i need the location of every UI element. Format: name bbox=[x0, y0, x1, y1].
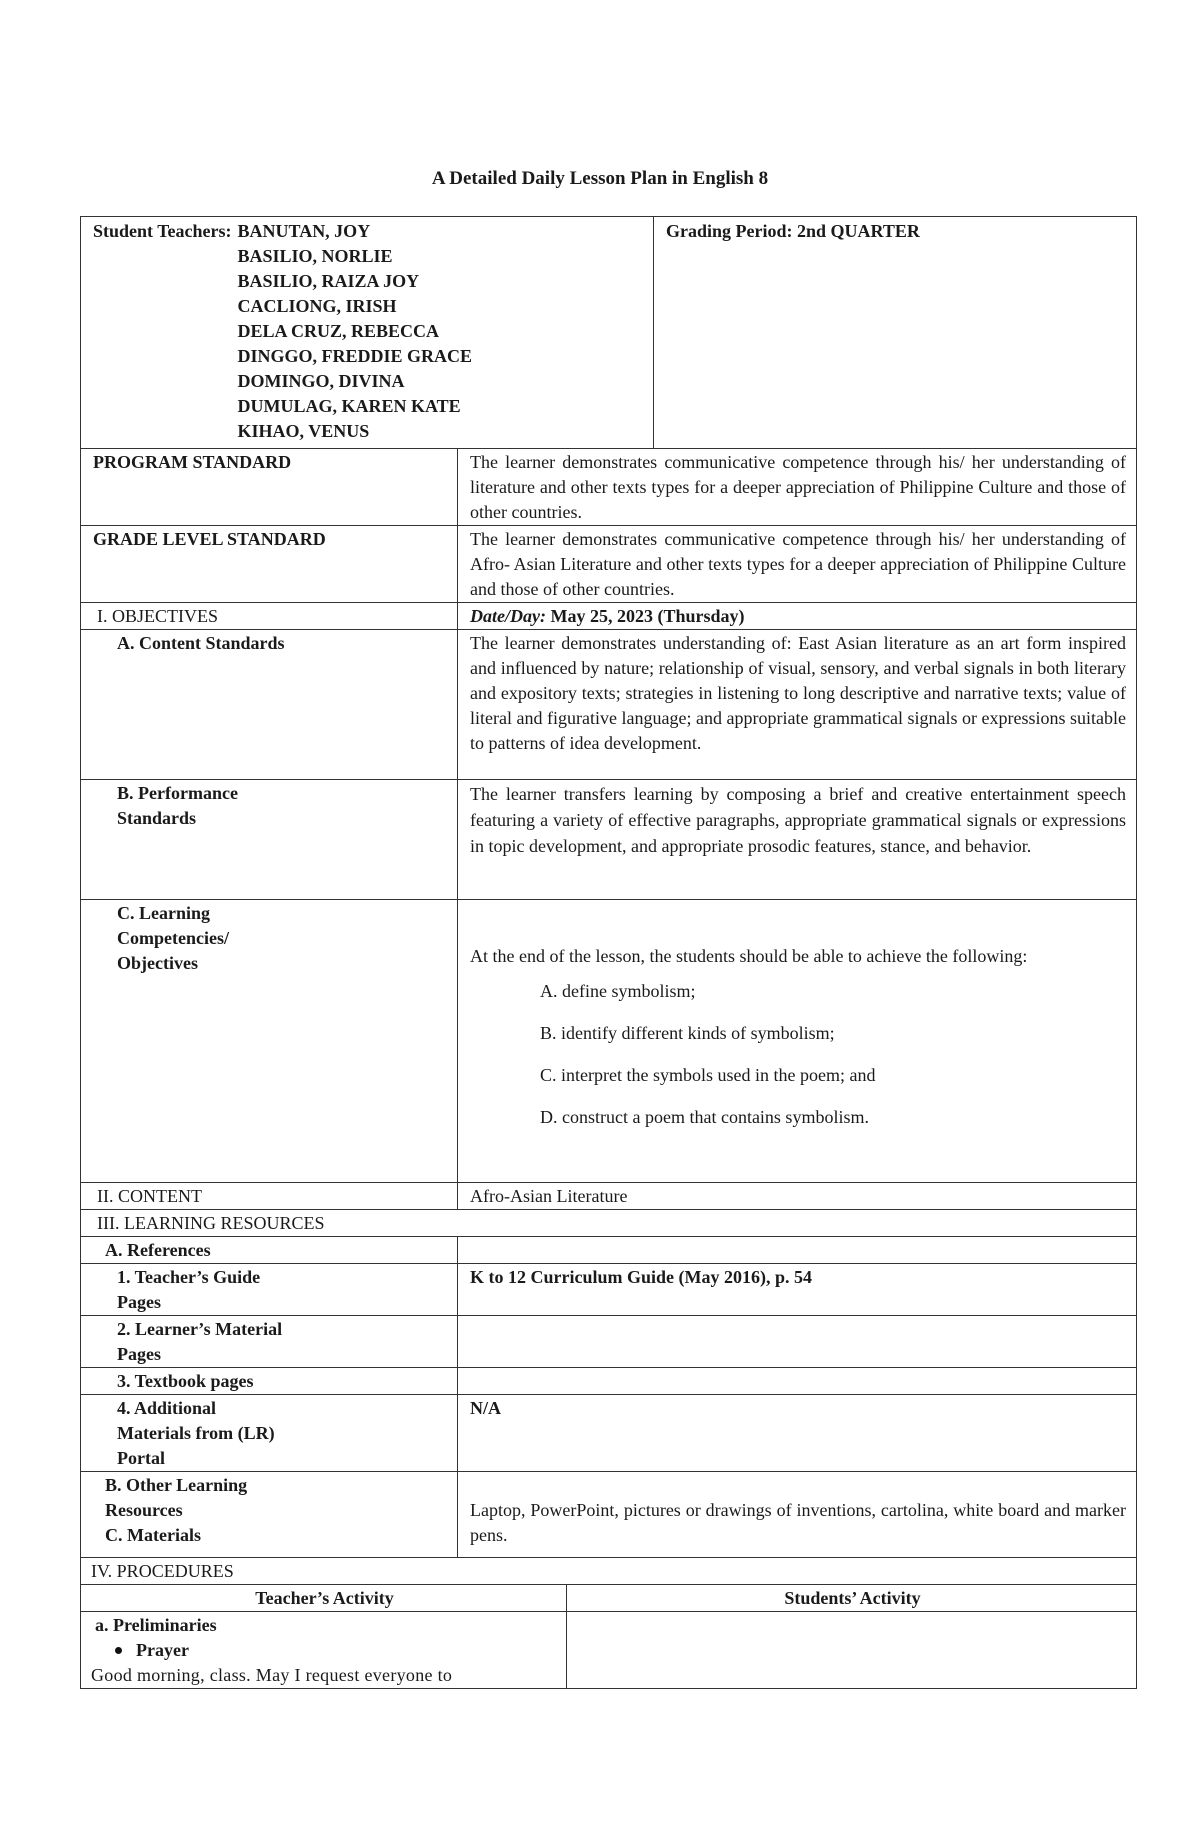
competency-item: B. identify different kinds of symbolism… bbox=[540, 1021, 1126, 1046]
textbook-value bbox=[458, 1368, 1137, 1395]
teacher-activity-header: Teacher’s Activity bbox=[81, 1585, 567, 1612]
performance-label-line: Standards bbox=[117, 806, 447, 831]
procedures-label: IV. PROCEDURES bbox=[81, 1558, 1137, 1585]
student-teacher-name: CACLIONG, IRISH bbox=[238, 294, 473, 319]
learning-competencies-row: C. Learning Competencies/ Objectives At … bbox=[81, 900, 1137, 1183]
other-label-line: C. Materials bbox=[105, 1523, 447, 1548]
program-standard-text: The learner demonstrates communicative c… bbox=[458, 449, 1137, 526]
other-label-line: Resources bbox=[105, 1498, 447, 1523]
teachers-guide-row: 1. Teacher’s Guide Pages K to 12 Curricu… bbox=[81, 1264, 1137, 1316]
references-row: A. References bbox=[81, 1237, 1137, 1264]
learning-resources-row: III. LEARNING RESOURCES bbox=[81, 1210, 1137, 1237]
competency-item: C. interpret the symbols used in the poe… bbox=[540, 1063, 1126, 1088]
date-label: Date/Day: bbox=[470, 606, 546, 626]
date-value: May 25, 2023 (Thursday) bbox=[550, 606, 744, 626]
competencies-label-line: Competencies/ bbox=[117, 926, 447, 951]
learners-material-row: 2. Learner’s Material Pages bbox=[81, 1316, 1137, 1368]
additional-materials-row: 4. Additional Materials from (LR) Portal… bbox=[81, 1395, 1137, 1472]
competencies-label-line: C. Learning bbox=[117, 901, 447, 926]
competencies-label-line: Objectives bbox=[117, 951, 447, 976]
objectives-row: I. OBJECTIVES Date/Day: May 25, 2023 (Th… bbox=[81, 603, 1137, 630]
student-teachers-list: BANUTAN, JOY BASILIO, NORLIE BASILIO, RA… bbox=[232, 219, 473, 444]
other-resources-value: Laptop, PowerPoint, pictures or drawings… bbox=[458, 1472, 1137, 1558]
student-teacher-name: BASILIO, NORLIE bbox=[238, 244, 473, 269]
performance-standards-label: B. Performance Standards bbox=[81, 780, 458, 900]
learners-material-label-line: 2. Learner’s Material bbox=[117, 1317, 447, 1342]
content-label: II. CONTENT bbox=[81, 1183, 458, 1210]
competency-item: D. construct a poem that contains symbol… bbox=[540, 1105, 1126, 1130]
student-activity-cell bbox=[567, 1612, 1137, 1689]
procedures-row: IV. PROCEDURES bbox=[81, 1558, 1137, 1585]
performance-standards-text: The learner transfers learning by compos… bbox=[458, 780, 1137, 900]
content-row: II. CONTENT Afro-Asian Literature bbox=[81, 1183, 1137, 1210]
teachers-guide-label-line: Pages bbox=[117, 1290, 447, 1315]
teachers-guide-label: 1. Teacher’s Guide Pages bbox=[81, 1264, 458, 1316]
student-teachers-label: Student Teachers: bbox=[93, 219, 232, 444]
references-label: A. References bbox=[81, 1237, 458, 1264]
learning-resources-label: III. LEARNING RESOURCES bbox=[81, 1210, 1137, 1237]
textbook-label: 3. Textbook pages bbox=[81, 1368, 458, 1395]
additional-label-line: Materials from (LR) bbox=[117, 1421, 447, 1446]
other-resources-label: B. Other Learning Resources C. Materials bbox=[81, 1472, 458, 1558]
additional-materials-label: 4. Additional Materials from (LR) Portal bbox=[81, 1395, 458, 1472]
document-title: A Detailed Daily Lesson Plan in English … bbox=[0, 168, 1200, 190]
grading-period-cell: Grading Period: 2nd QUARTER bbox=[654, 217, 1137, 449]
content-standards-text: The learner demonstrates understanding o… bbox=[458, 630, 1137, 780]
performance-label-line: B. Performance bbox=[117, 781, 447, 806]
content-standards-row: A. Content Standards The learner demonst… bbox=[81, 630, 1137, 780]
student-teacher-name: DUMULAG, KAREN KATE bbox=[238, 394, 473, 419]
competencies-list: A. define symbolism; B. identify differe… bbox=[540, 979, 1126, 1130]
textbook-row: 3. Textbook pages bbox=[81, 1368, 1137, 1395]
program-standard-label: PROGRAM STANDARD bbox=[81, 449, 458, 526]
program-standard-row: PROGRAM STANDARD The learner demonstrate… bbox=[81, 449, 1137, 526]
student-activity-header: Students’ Activity bbox=[567, 1585, 1137, 1612]
student-teacher-name: BASILIO, RAIZA JOY bbox=[238, 269, 473, 294]
other-resources-row: B. Other Learning Resources C. Materials… bbox=[81, 1472, 1137, 1558]
references-value bbox=[458, 1237, 1137, 1264]
preliminaries-row: a. Preliminaries Prayer Good morning, cl… bbox=[81, 1612, 1137, 1689]
additional-materials-value: N/A bbox=[458, 1395, 1137, 1472]
grading-period-value: 2nd QUARTER bbox=[797, 221, 920, 241]
learners-material-label-line: Pages bbox=[117, 1342, 447, 1367]
grading-period-label: Grading Period: bbox=[666, 221, 793, 241]
other-label-line: B. Other Learning bbox=[105, 1473, 447, 1498]
learners-material-label: 2. Learner’s Material Pages bbox=[81, 1316, 458, 1368]
activity-header-row: Teacher’s Activity Students’ Activity bbox=[81, 1585, 1137, 1612]
grade-level-standard-label: GRADE LEVEL STANDARD bbox=[81, 526, 458, 603]
lesson-plan-table: Student Teachers: BANUTAN, JOY BASILIO, … bbox=[80, 216, 1137, 1689]
competencies-intro: At the end of the lesson, the students s… bbox=[470, 943, 1126, 969]
teachers-guide-label-line: 1. Teacher’s Guide bbox=[117, 1265, 447, 1290]
date-cell: Date/Day: May 25, 2023 (Thursday) bbox=[458, 603, 1137, 630]
grade-level-standard-text: The learner demonstrates communicative c… bbox=[458, 526, 1137, 603]
preliminaries-label: a. Preliminaries bbox=[91, 1613, 556, 1638]
objectives-label: I. OBJECTIVES bbox=[81, 603, 458, 630]
student-teacher-name: BANUTAN, JOY bbox=[238, 219, 473, 244]
student-teacher-name: DINGGO, FREDDIE GRACE bbox=[238, 344, 473, 369]
additional-label-line: Portal bbox=[117, 1446, 447, 1471]
grade-level-standard-row: GRADE LEVEL STANDARD The learner demonst… bbox=[81, 526, 1137, 603]
learning-competencies-label: C. Learning Competencies/ Objectives bbox=[81, 900, 458, 1183]
student-teacher-name: DELA CRUZ, REBECCA bbox=[238, 319, 473, 344]
prayer-label: Prayer bbox=[136, 1640, 189, 1660]
competency-item: A. define symbolism; bbox=[540, 979, 1126, 1004]
performance-standards-row: B. Performance Standards The learner tra… bbox=[81, 780, 1137, 900]
learners-material-value bbox=[458, 1316, 1137, 1368]
bullet-icon bbox=[115, 1647, 122, 1654]
content-value: Afro-Asian Literature bbox=[458, 1183, 1137, 1210]
student-teacher-name: KIHAO, VENUS bbox=[238, 419, 473, 444]
learning-competencies-cell: At the end of the lesson, the students s… bbox=[458, 900, 1137, 1183]
header-row: Student Teachers: BANUTAN, JOY BASILIO, … bbox=[81, 217, 1137, 449]
prayer-item: Prayer bbox=[91, 1638, 556, 1663]
teacher-activity-cell: a. Preliminaries Prayer Good morning, cl… bbox=[81, 1612, 567, 1689]
student-teachers-cell: Student Teachers: BANUTAN, JOY BASILIO, … bbox=[81, 217, 654, 449]
teachers-guide-value: K to 12 Curriculum Guide (May 2016), p. … bbox=[458, 1264, 1137, 1316]
student-teacher-name: DOMINGO, DIVINA bbox=[238, 369, 473, 394]
additional-label-line: 4. Additional bbox=[117, 1396, 447, 1421]
content-standards-label: A. Content Standards bbox=[81, 630, 458, 780]
prayer-text: Good morning, class. May I request every… bbox=[91, 1663, 556, 1688]
